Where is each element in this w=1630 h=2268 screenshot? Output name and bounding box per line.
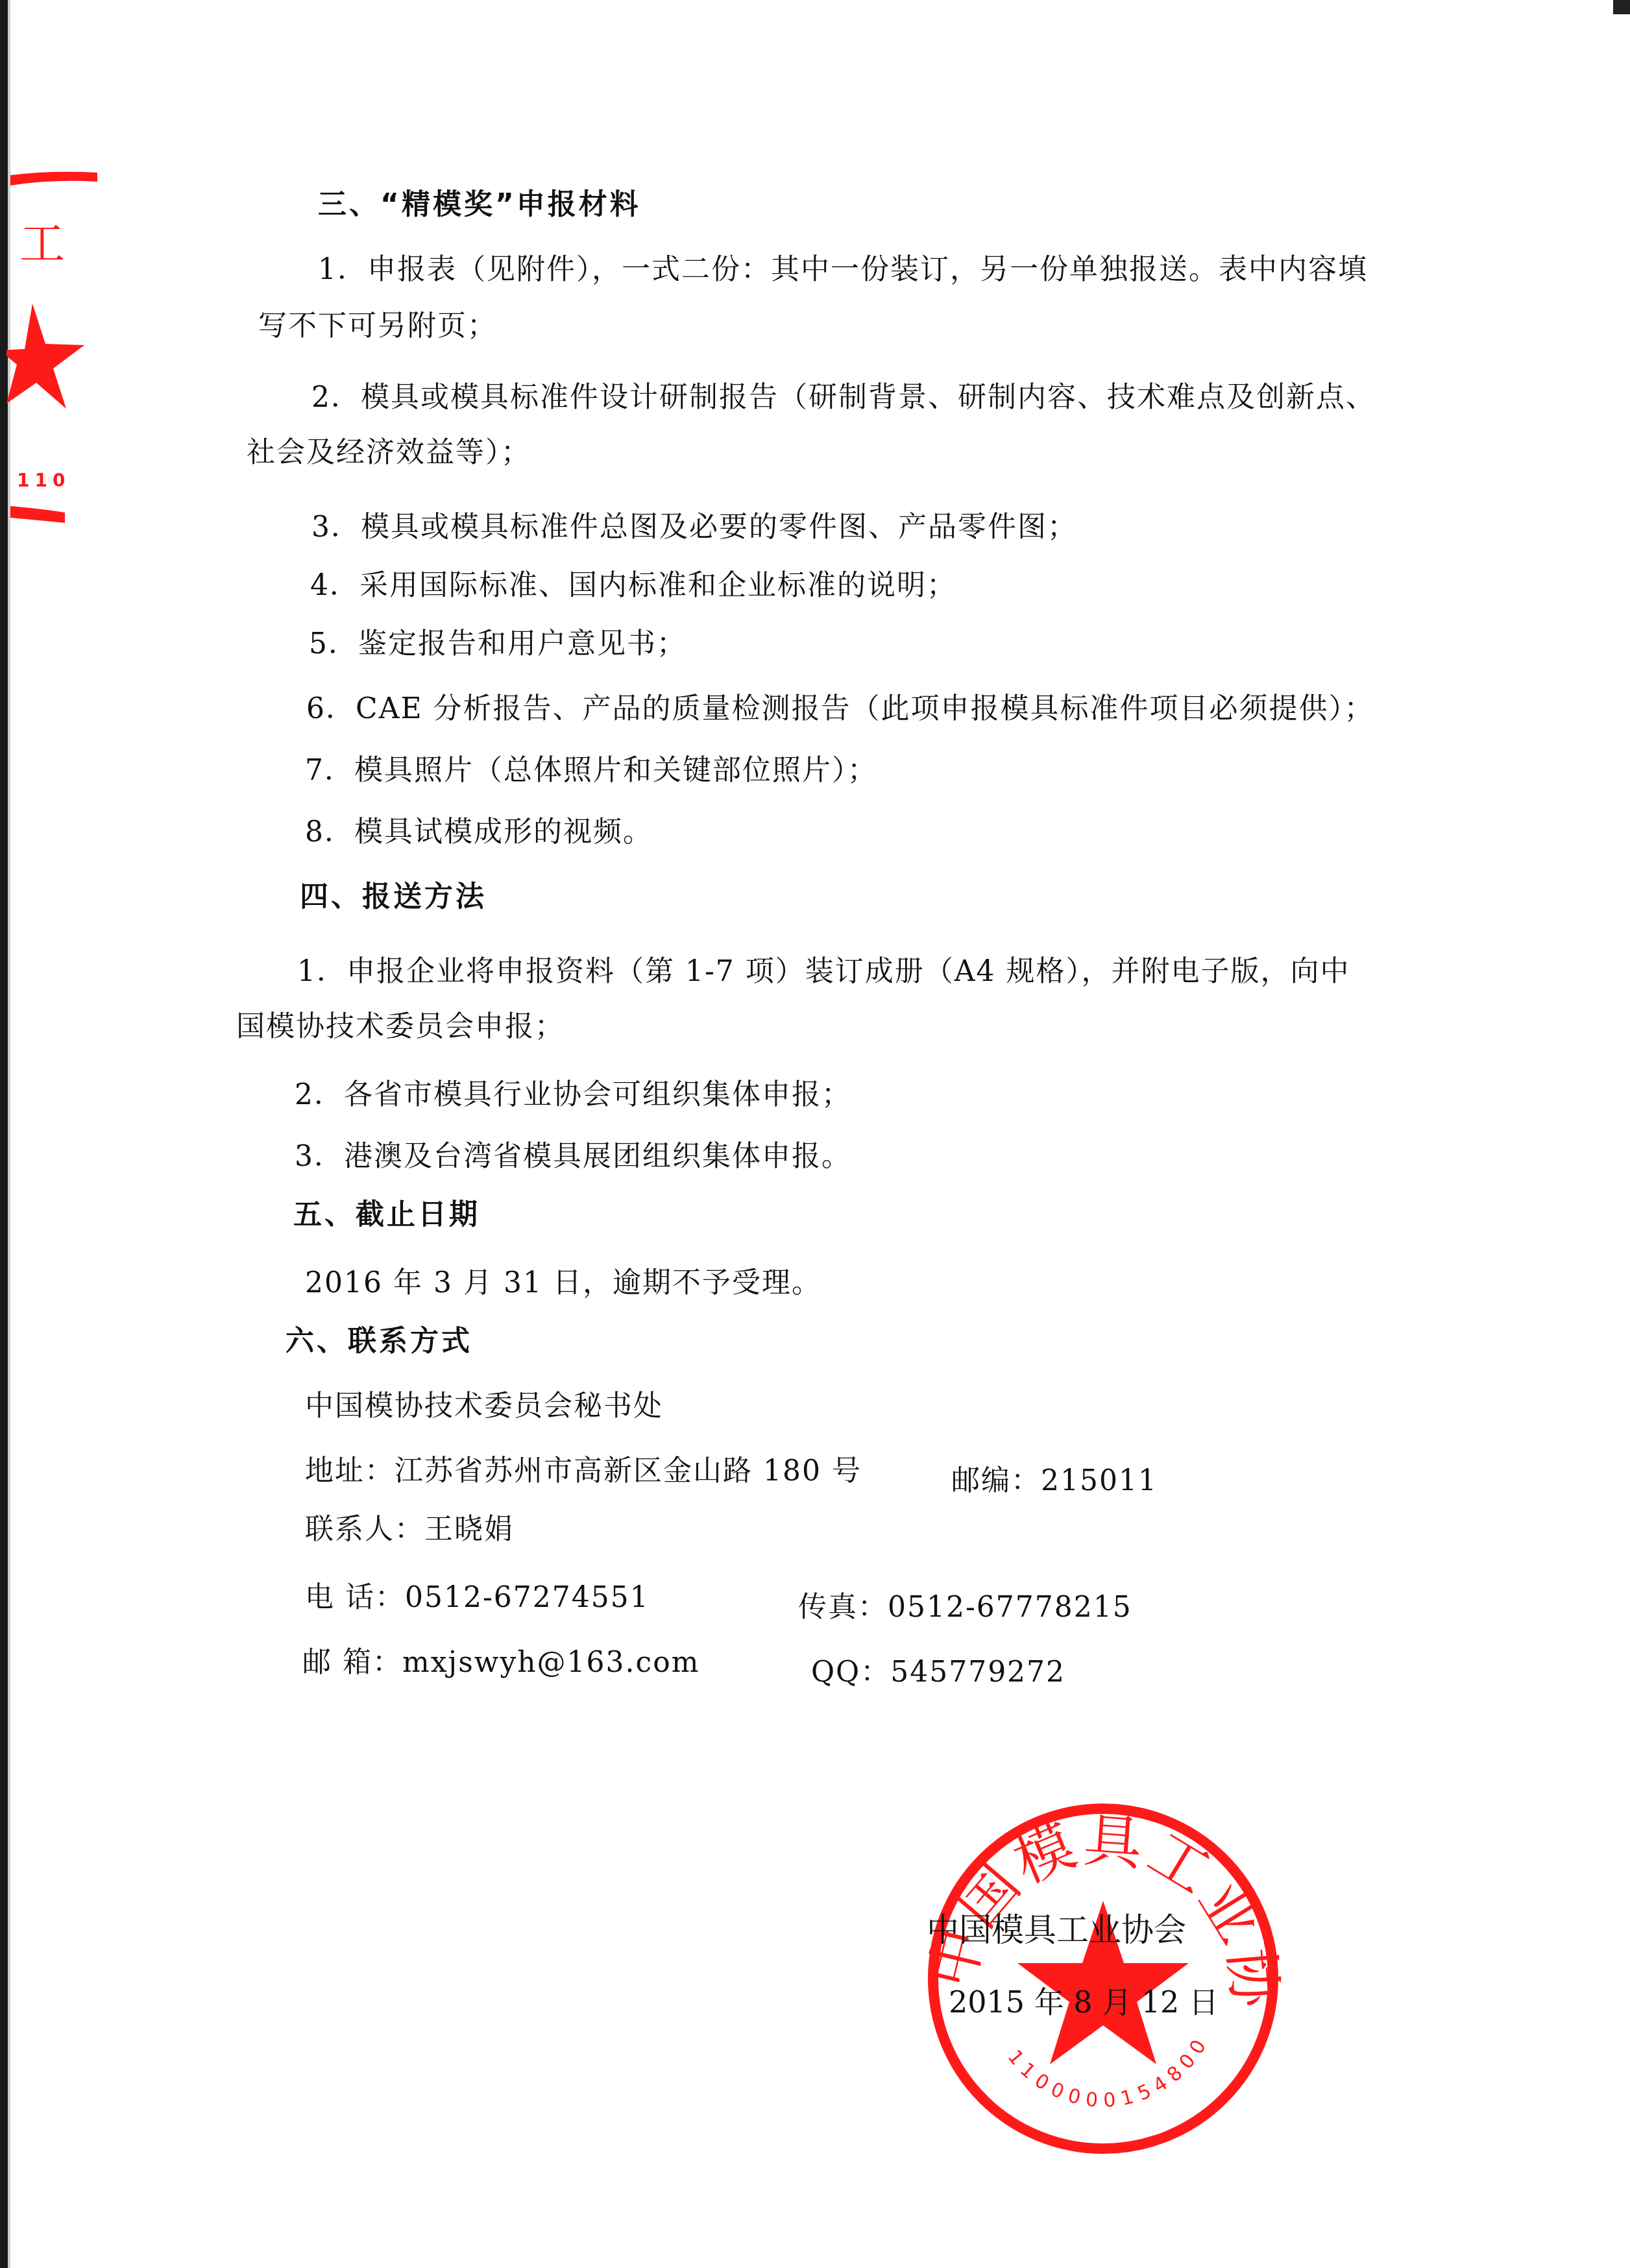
document-page: 工 110 三、“精模奖”申报材料 1．申报表（见附件），一式二份：其中一份装订… [0,0,1630,2268]
section3-item-2-cont: 社会及经济效益等）； [247,435,531,471]
postcode-row: 邮编：215011 [951,1463,1158,1499]
contact-label: 联系人： [305,1513,424,1546]
section4-item-1-cont: 国模协技术委员会申报； [236,1009,565,1045]
email-label: 邮 箱： [302,1646,402,1679]
phone-label: 电 话： [305,1581,405,1614]
postcode-value: 215011 [1041,1464,1158,1497]
address-value: 江苏省苏州市高新区金山路 180 号 [395,1454,862,1488]
section3-item-5: 5．鉴定报告和用户意见书； [309,626,687,662]
svg-text:1100000154800: 1100000154800 [1003,2031,1215,2112]
section6-heading: 六、联系方式 [286,1323,472,1360]
section3-item-2: 2．模具或模具标准件设计研制报告（研制背景、研制内容、技术难点及创新点、 [311,380,1376,416]
address-label: 地址： [305,1454,395,1488]
fax-label: 传真： [798,1591,888,1624]
qq-label: QQ： [811,1656,890,1689]
phone-value: 0512-67274551 [405,1581,650,1614]
postcode-label: 邮编： [951,1464,1041,1497]
email-row: 邮 箱：mxjswyh@163.com [302,1645,699,1681]
section3-heading: 三、“精模奖”申报材料 [318,187,641,223]
signature-org: 中国模具工业协会 [927,1904,1186,1951]
phone-row: 电 话：0512-67274551 [305,1580,650,1616]
section3-item-6: 6．CAE 分析报告、产品的质量检测报告（此项申报模具标准件项目必须提供）； [306,691,1374,727]
section4-heading: 四、报送方法 [300,879,487,915]
section3-item-7: 7．模具照片（总体照片和关键部位照片）； [305,753,877,789]
partial-seal-left: 工 110 [6,162,104,525]
qq-row: QQ：545779272 [811,1654,1065,1691]
seal-serial: 1100000154800 [1003,2031,1215,2112]
seal-char: 工 [19,217,65,271]
address-row: 地址：江苏省苏州市高新区金山路 180 号 [305,1453,862,1490]
contact-person-row: 联系人：王晓娟 [305,1512,514,1548]
email-value: mxjswyh@163.com [402,1646,699,1679]
qq-value: 545779272 [890,1656,1065,1689]
section3-item-1: 1．申报表（见附件），一式二份：其中一份装订，另一份单独报送。表中内容填 [318,252,1368,288]
section3-item-8: 8．模具试模成形的视频。 [305,814,653,850]
section4-item-3: 3．港澳及台湾省模具展团组织集体申报。 [295,1139,851,1175]
section3-item-4: 4．采用国际标准、国内标准和企业标准的说明； [310,568,956,604]
contact-org: 中国模协技术委员会秘书处 [305,1388,663,1425]
deadline-text: 2016 年 3 月 31 日，逾期不予受理。 [305,1265,821,1301]
contact-value: 王晓娟 [424,1513,514,1546]
fax-row: 传真：0512-67778215 [798,1589,1132,1626]
scan-edge-corner [1613,0,1630,14]
seal-digits: 110 [17,470,70,491]
section5-heading: 五、截止日期 [293,1197,480,1233]
section4-item-1: 1．申报企业将申报资料（第 1-7 项）装订成册（A4 规格），并附电子版，向中 [297,954,1350,990]
section3-item-3: 3．模具或模具标准件总图及必要的零件图、产品零件图； [311,509,1077,546]
signature-date: 2015 年 8 月 12 日 [949,1979,1219,2021]
fax-value: 0512-67778215 [888,1591,1132,1624]
section4-item-2: 2．各省市模具行业协会可组织集体申报； [295,1077,851,1113]
section3-item-1-cont: 写不下可另附页； [258,308,497,344]
